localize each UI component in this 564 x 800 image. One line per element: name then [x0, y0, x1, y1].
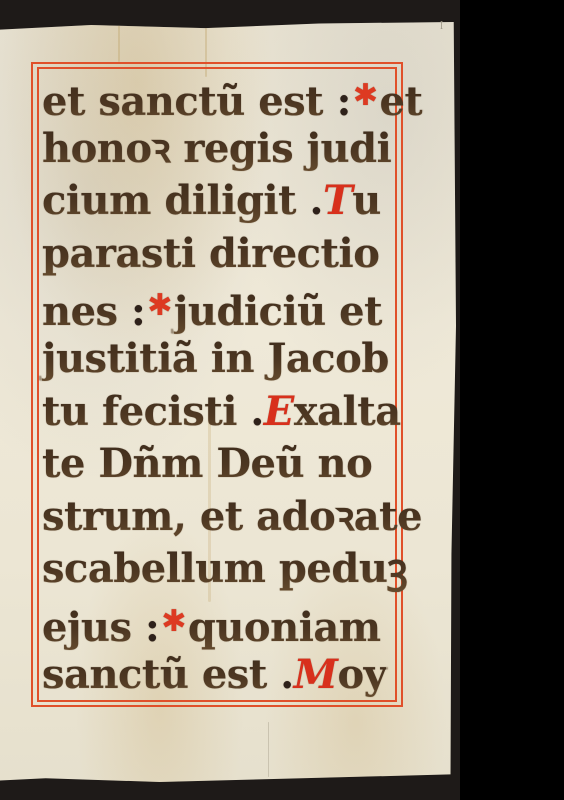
fold-crease — [268, 722, 269, 777]
frame-bottom-outer — [31, 705, 403, 707]
water-stain — [118, 22, 120, 62]
script-text: cium diligit — [42, 177, 296, 224]
text-line: te Dñm Deũ no — [42, 438, 392, 491]
script-text: et sanctũ est — [42, 78, 323, 125]
text-line: tu fecisti .Exalta — [42, 386, 392, 439]
script-text: ꝫ — [387, 545, 407, 592]
script-text: honoꝛ regis judi — [42, 125, 391, 172]
text-line: et sanctũ est :✱et — [42, 70, 392, 123]
punctus-mark: . — [237, 388, 264, 435]
frame-left-inner — [37, 67, 39, 702]
text-line: scabellum peduꝫ — [42, 543, 392, 596]
punctus-mark: . — [267, 651, 294, 698]
script-text: oy — [337, 651, 386, 698]
script-text: judiciũ et — [174, 288, 382, 335]
text-line: sanctũ est .Moy — [42, 649, 392, 702]
script-text: et — [380, 78, 423, 125]
red-asterisk-icon: ✱ — [353, 78, 378, 113]
script-text: sanctũ est — [42, 651, 267, 698]
text-line: cium diligit .Tu — [42, 175, 392, 228]
text-line: honoꝛ regis judi — [42, 123, 392, 176]
text-line: justitiã in Jacob — [42, 333, 392, 386]
punctus-mark: . — [296, 177, 323, 224]
frame-right-outer — [401, 62, 403, 707]
frame-top-inner — [37, 67, 397, 69]
red-asterisk-icon: ✱ — [161, 604, 186, 639]
folio-mark: ꟾ — [440, 22, 443, 31]
rubricated-initial: E — [264, 388, 294, 435]
manuscript-text: et sanctũ est :✱et honoꝛ regis judi cium… — [42, 70, 392, 701]
frame-left-outer — [31, 62, 33, 707]
script-text: justitiã in Jacob — [42, 335, 389, 382]
frame-right-inner — [395, 67, 397, 702]
rubricated-initial: T — [323, 177, 352, 224]
script-text: te Dñm Deũ no — [42, 440, 372, 487]
text-line: parasti directio — [42, 228, 392, 281]
frame-top-outer — [31, 62, 403, 64]
water-stain — [205, 22, 207, 77]
red-asterisk-icon: ✱ — [147, 288, 172, 323]
script-text: tu fecisti — [42, 388, 237, 435]
text-line: ejus :✱quoniam — [42, 596, 392, 649]
script-text: nes — [42, 288, 118, 335]
script-text: xalta — [294, 388, 401, 435]
script-text: scabellum pedu — [42, 545, 387, 592]
punctus-mark: : — [118, 288, 146, 335]
script-text: strum, et adoꝛate — [42, 493, 422, 540]
punctus-mark: : — [323, 78, 351, 125]
text-line: nes :✱judiciũ et — [42, 280, 392, 333]
scan-stage: ꟾ et sanctũ est :✱et honoꝛ regis judi ci… — [0, 0, 564, 800]
script-text: ejus — [42, 604, 132, 651]
text-line: strum, et adoꝛate — [42, 491, 392, 544]
script-text: u — [352, 177, 381, 224]
script-text: quoniam — [188, 604, 381, 651]
script-text: parasti directio — [42, 230, 379, 277]
rubricated-initial: M — [294, 651, 338, 698]
punctus-mark: : — [132, 604, 160, 651]
